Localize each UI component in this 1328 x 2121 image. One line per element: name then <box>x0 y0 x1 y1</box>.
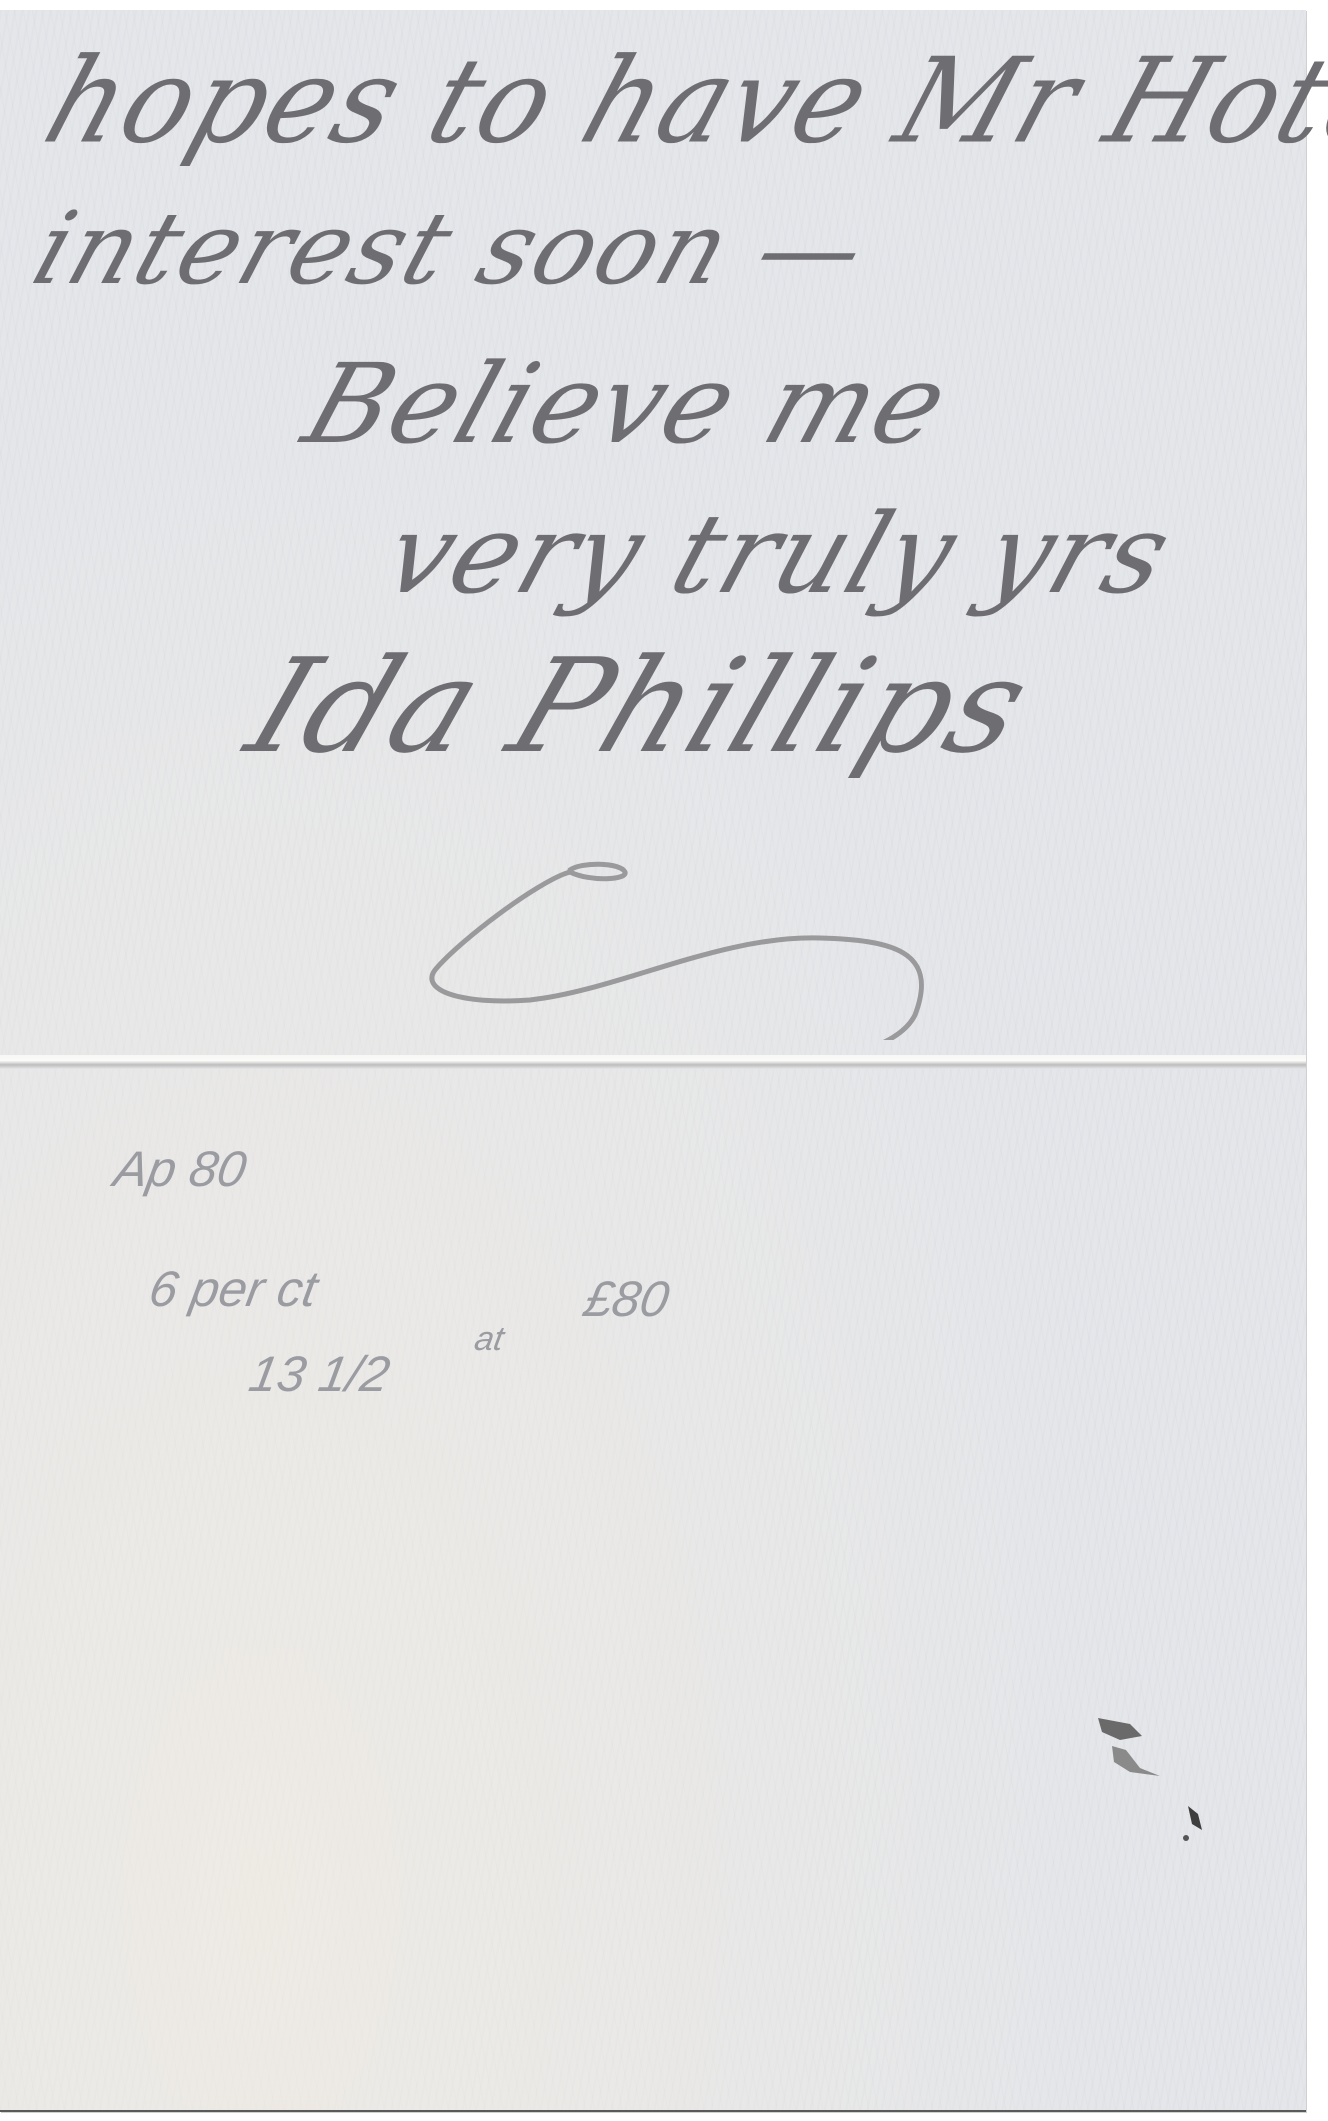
pencil-note-3: 13 1/2 <box>245 1345 394 1403</box>
ink-line-2: interest soon — <box>20 190 882 307</box>
ink-line-1: hopes to have Mr Hotchkiss <box>30 34 1328 171</box>
signature: Ida Phillips <box>230 630 1050 782</box>
closing-line-1: Believe me <box>290 340 965 468</box>
ink-blot-marks-icon <box>1090 1710 1250 1850</box>
pencil-note-1: Ap 80 <box>110 1140 251 1198</box>
pencil-note-amount: £80 <box>580 1270 674 1328</box>
closing-line-2: very truly yrs <box>370 490 1188 618</box>
pencil-note-2: 6 per ct <box>145 1260 322 1318</box>
signature-flourish-icon <box>420 840 980 1040</box>
fold-crease <box>0 1055 1306 1069</box>
